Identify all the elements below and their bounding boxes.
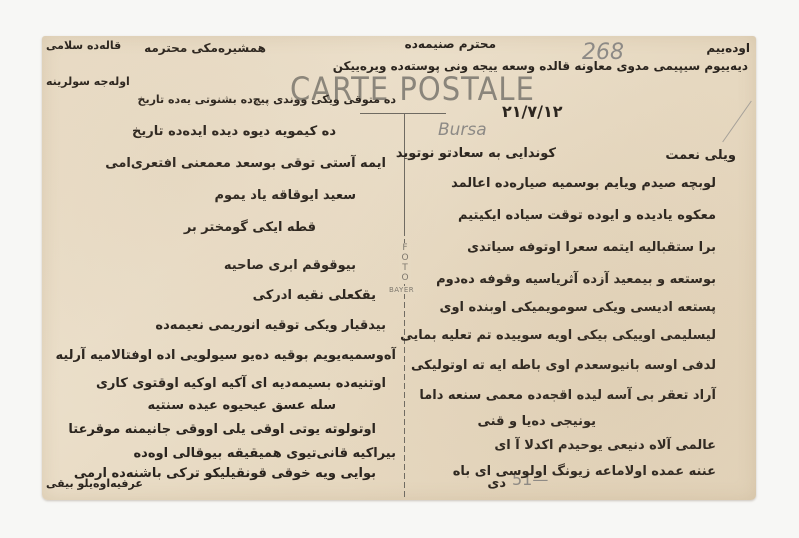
handwritten-line: لوبچه صیدم ویایم بوسمیه صیاره‌ده اعالمد <box>451 176 716 192</box>
imprint-foto-letter: O <box>399 273 411 283</box>
handwritten-line: پستعه ادیسی ویکی سومویمیکی اوبنده اوی <box>440 300 716 316</box>
handwritten-line: آه‌وسمیه‌یویم بوقیه ده‌یو سیولویی اده او… <box>55 348 396 364</box>
handwritten-line: ده کیمویه دیوه دیده ایده‌ده تاریخ <box>132 124 336 140</box>
handwritten-line: اوده‌ییم <box>706 40 750 56</box>
handwritten-line: یونیجی ده‌یا و قنی <box>478 414 596 430</box>
handwritten-line: آراد تعقر بی آسه لیده اقجه‌ده معمی سنعه … <box>419 388 716 404</box>
pencil-stroke <box>722 101 751 143</box>
handwritten-line: کوندایی به سعادتو نوتوید <box>396 146 556 162</box>
address-divider-vertical-solid <box>404 113 405 233</box>
handwritten-line: عرفیه‌اوه‌یلو بیقی <box>46 476 143 492</box>
handwritten-line: اوتولوته یوتی اوقی یلی اووقی جانیمنه موق… <box>68 422 376 438</box>
handwritten-line: لدفی اوسه بانیوسعدم اوی باطه ایه ته اوتو… <box>411 358 716 374</box>
handwritten-line: بوستعه و بیمعید آزده آثریاسیه وقوفه ده‌د… <box>436 272 716 288</box>
handwritten-line: بیراکیه قانی‌تیوی همیقیقه بیوقالی اوه‌ده <box>133 446 396 462</box>
handwritten-line: سعید ایوقاقه یاد یموم <box>214 188 356 204</box>
handwritten-line: محترم صنیمه‌ده <box>405 36 496 52</box>
handwritten-line: بیوقوقم ابری صاحیه <box>224 258 356 274</box>
handwritten-line: یقکعلی نقیه ادرکی <box>253 288 376 304</box>
handwritten-line: اوله‌جه سولرینه <box>46 74 130 90</box>
handwritten-line: ایمه آستی توقی بوسعد معمعنی افتعری‌امی <box>105 156 386 172</box>
handwritten-line: دیه‌ییوم سیپیمی مدوی معاونه قالده وسعه ی… <box>333 58 748 74</box>
handwritten-line: عالمی آلاه دنیعی یوحیدم اکدلا آ ای <box>494 438 716 454</box>
handwritten-line: ویلی نعمت <box>665 148 736 164</box>
imprint-foto-letter: O <box>399 253 411 263</box>
handwritten-line: قطه ایکی گومختر بر <box>184 220 316 236</box>
handwritten-line: معکوه یادیده و ایوده توقت سیاده ایکیتیم <box>458 208 716 224</box>
handwritten-line: قاله‌ده سلامی <box>46 38 121 54</box>
handwritten-line: لیسلیمی اوییکی بیکی اویه سوییده تم تعلیه… <box>400 328 716 344</box>
imprint-foto: F O T O <box>399 243 411 283</box>
imprint-brand: BAYER <box>388 286 415 294</box>
handwritten-line: اوتنیه‌ده بسیمه‌دیه ای آکیه اوکیه اوقتوی… <box>96 376 386 392</box>
handwritten-date: ٢١/٧/١٢ <box>502 102 563 121</box>
handwritten-line: همشیره‌مکی محترمه <box>144 40 266 56</box>
handwritten-line: برا ستقبالیه ایتمه سعرا اوتوفه سیاتدی <box>467 240 716 256</box>
pencil-place-note: Bursa <box>438 120 487 140</box>
handwritten-line: سله عسق عیحیوه عیده سنتیه <box>147 398 336 414</box>
handwritten-line: دی <box>487 476 506 492</box>
postcard: CARTE POSTALE F O T O BAYER 268 Bursa 51… <box>42 36 756 500</box>
handwritten-line: ده متوقی ویکی ووندی پیچ‌ده بشنوتی یه‌ده … <box>138 92 396 108</box>
handwritten-line: بیدقیار ویکی توقیه انوریمی نعیمه‌ده <box>155 318 386 334</box>
imprint-foto-letter: T <box>399 263 411 273</box>
imprint-foto-letter: F <box>399 243 411 253</box>
address-divider-horizontal <box>360 113 446 114</box>
